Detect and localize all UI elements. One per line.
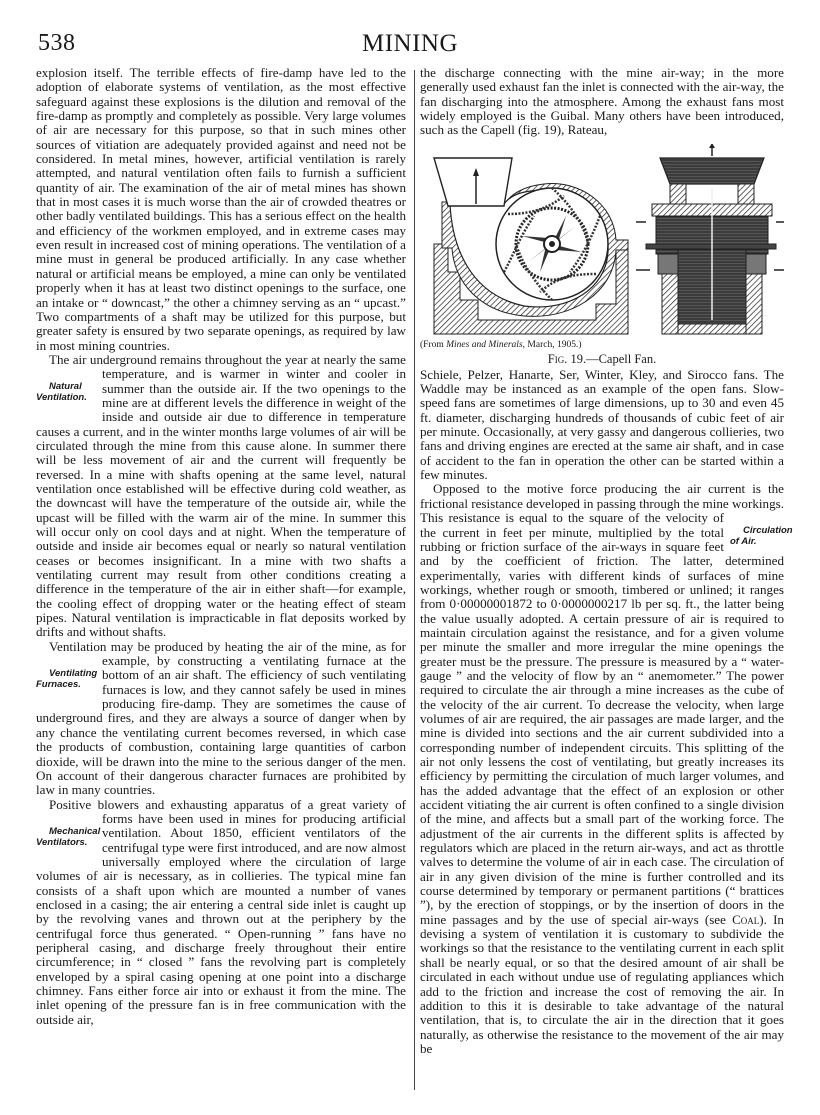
figure-title: —Capell Fan. xyxy=(586,352,656,366)
left-column: explosion itself. The terrible effects o… xyxy=(36,66,406,1027)
paragraph-ventilating-furnaces: Ventilation may be produced by heating t… xyxy=(36,640,406,798)
paragraph-mechanical-ventilators: Positive blowers and exhausting apparatu… xyxy=(36,798,406,1028)
sidenote-circulation-of-air: Circulation of Air. xyxy=(730,511,784,553)
sidenote-mechanical-ventilators: Mechanical Ventilators. xyxy=(36,812,94,856)
paragraph-exhaust-fans: the discharge connecting with the mine a… xyxy=(420,66,784,138)
paragraph-body: This resistance is equal to the square o… xyxy=(420,510,784,927)
credit-suffix: , March, 1905.) xyxy=(523,340,582,350)
paragraph-tail: ). In devising a system of ventilation i… xyxy=(420,912,784,1056)
credit-prefix: (From xyxy=(420,340,446,350)
paragraph-fire-damp: explosion itself. The terrible effects o… xyxy=(36,66,406,353)
figure-caption: Fig. 19.—Capell Fan. xyxy=(420,352,784,366)
running-title: MINING xyxy=(0,30,820,58)
paragraph-lead: Positive blowers and exhausting apparatu… xyxy=(49,797,406,826)
paragraph-circulation-of-air: Opposed to the motive force producing th… xyxy=(420,482,784,1056)
column-divider xyxy=(414,70,415,1090)
paragraph-lead: Opposed to the motive force producing th… xyxy=(420,481,784,510)
figure-capell-fan: (From Mines and Minerals, March, 1905.) … xyxy=(420,144,784,364)
paragraph-body: summer than the outside air. If the two … xyxy=(36,381,406,640)
figure-label: Fig. 19. xyxy=(548,352,586,366)
paragraph-natural-ventilation: The air underground remains throughout t… xyxy=(36,353,406,640)
right-column: the discharge connecting with the mine a… xyxy=(420,66,784,1056)
credit-source: Mines and Minerals xyxy=(446,340,523,350)
paragraph-fan-types: Schiele, Pelzer, Hanarte, Ser, Winter, K… xyxy=(420,368,784,483)
paragraph-lead: Ventilation may be produced by heating t… xyxy=(49,639,406,668)
sidenote-natural-ventilation: Natural Ventilation. xyxy=(36,367,94,411)
side-view xyxy=(434,158,628,334)
front-view xyxy=(636,144,784,334)
sidenote-ventilating-furnaces: Ventilating Furnaces. xyxy=(36,654,94,698)
cross-reference-coal[interactable]: Coal xyxy=(732,912,759,927)
capell-fan-illustration xyxy=(420,144,784,336)
figure-credit: (From Mines and Minerals, March, 1905.) xyxy=(420,338,784,352)
paragraph-lead: The air underground remains throughout t… xyxy=(49,352,406,381)
